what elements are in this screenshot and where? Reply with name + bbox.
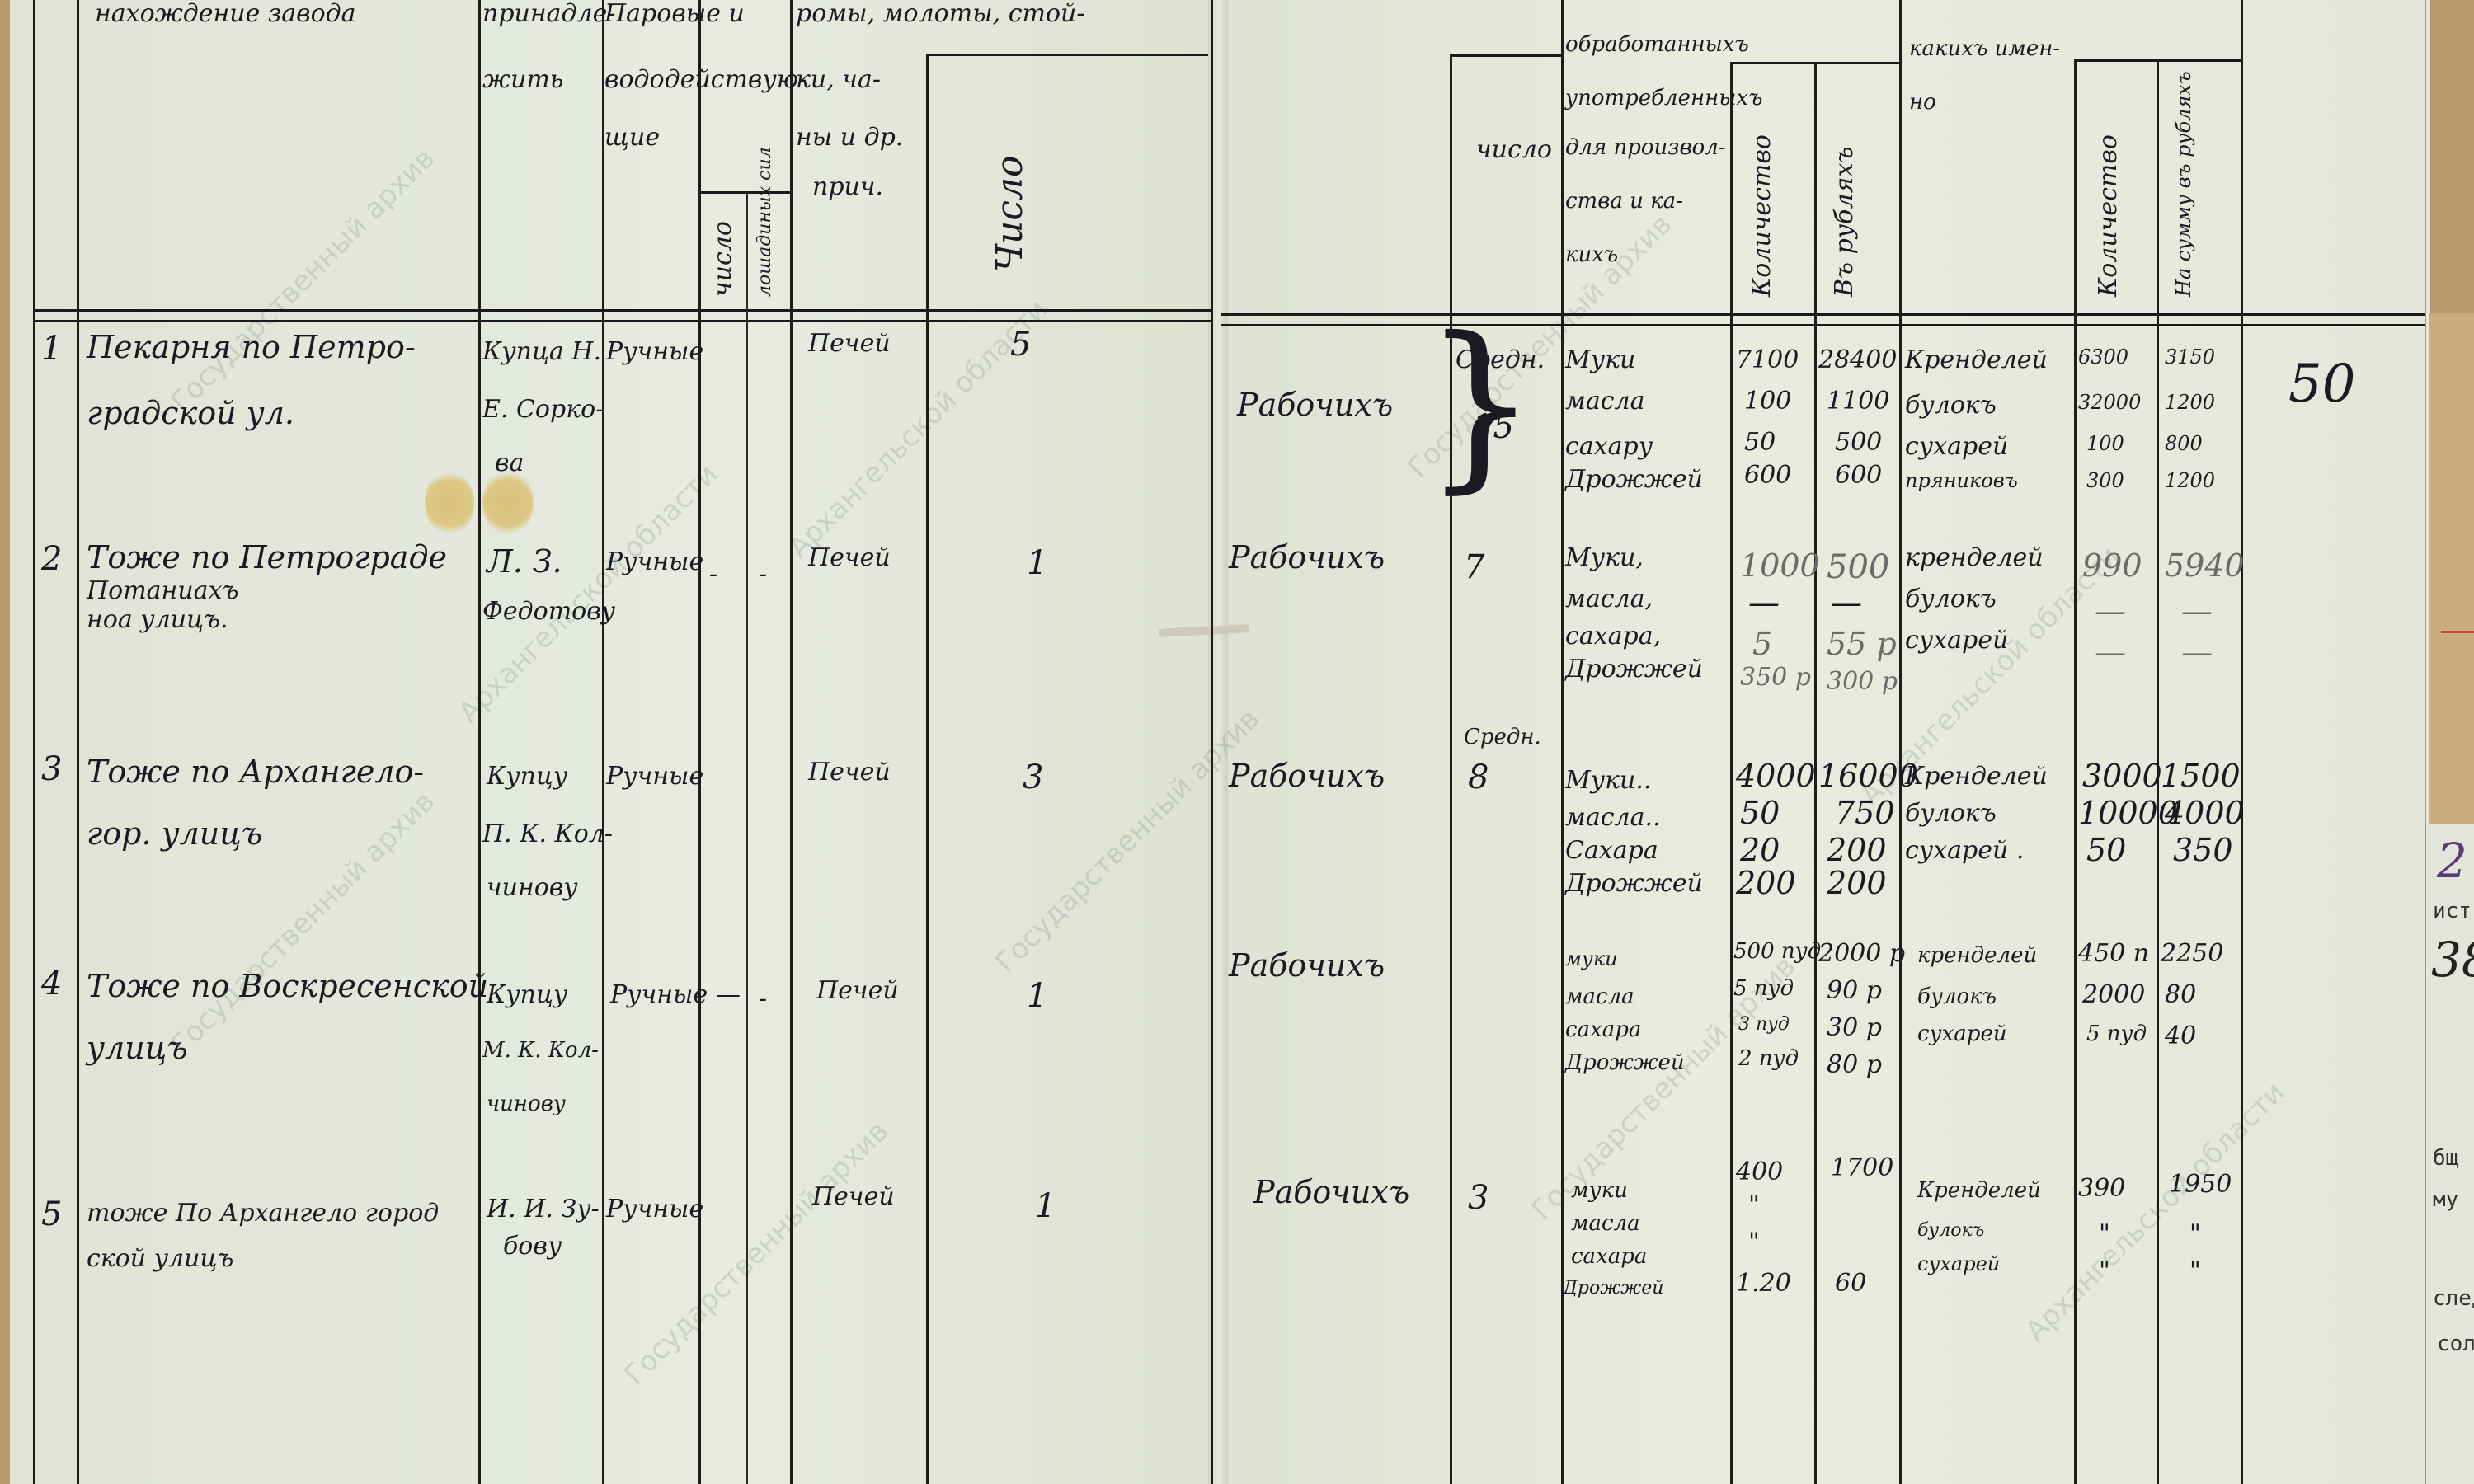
row-product-rub: 800 — [2165, 433, 2203, 456]
row-material-rub: 750 — [1835, 796, 1895, 832]
side-strip-text: след — [2433, 1286, 2474, 1311]
row-product: кренделей — [1905, 544, 2044, 573]
row-owner: Купца Н. — [482, 338, 601, 367]
header-equipment-3: ны и др. — [796, 124, 903, 153]
row-material: Дрожжей — [1563, 1278, 1663, 1298]
header-equipment-2: ки, ча- — [796, 66, 881, 95]
row-product-qty: — — [2095, 635, 2126, 671]
row-product-qty: 990 — [2082, 548, 2142, 585]
row-location: градской ул. — [87, 396, 294, 432]
column-rule — [478, 0, 481, 1484]
row-material-rub: 80 р — [1827, 1051, 1882, 1080]
row-product: булокъ — [1905, 392, 1997, 420]
row-material-qty: " — [1748, 1191, 1760, 1220]
row-product: булокъ — [1917, 1220, 1984, 1241]
row-material-rub: 60 — [1835, 1270, 1866, 1298]
red-margin-line — [2441, 631, 2474, 633]
row-extra-value: 50 — [2288, 355, 2355, 416]
row-product: Кренделей — [1905, 346, 2048, 375]
row-number: 2 — [41, 540, 62, 578]
row-material-qty: 500 пуд — [1733, 940, 1821, 965]
row-number: 3 — [41, 750, 62, 788]
row-location: улицъ — [87, 1031, 188, 1067]
row-engine-hp: - — [759, 985, 767, 1014]
row-product-qty: — — [2095, 594, 2126, 630]
row-material: Дрожжей — [1565, 1051, 1685, 1076]
row-product: сухарей — [1905, 433, 2008, 462]
row-location: Потаниахъ — [87, 577, 238, 606]
row-equipment-count: 1 — [1027, 544, 1047, 582]
row-engine-num: - — [709, 561, 717, 589]
curly-brace: } — [1423, 313, 1538, 495]
column-rule — [2241, 0, 2243, 1484]
row-product-qty: " — [2099, 1220, 2110, 1249]
row-product: Кренделей — [1905, 763, 2048, 791]
row-workers: 15 — [1472, 408, 1514, 446]
column-rule — [2074, 59, 2077, 1484]
row-owner: ва — [495, 449, 524, 478]
row-material-qty: 3 пуд — [1738, 1014, 1790, 1035]
header-engines-hp: лошадиных сил — [755, 147, 775, 297]
row-product-rub: 2250 — [2161, 940, 2223, 969]
row-material: масла — [1565, 985, 1634, 1010]
row-material: Муки, — [1565, 544, 1644, 573]
header-workers-count: число — [1476, 136, 1552, 165]
row-product-rub: 1200 — [2165, 392, 2215, 415]
row-engine-num: — — [716, 981, 741, 1010]
row-number: 4 — [41, 965, 62, 1003]
header-rule — [1221, 313, 2425, 316]
header-owner-1: принадле- — [482, 0, 616, 29]
row-product-rub: 4000 — [2165, 796, 2245, 832]
row-workers-label: Рабочихъ — [1253, 1175, 1409, 1211]
row-owner: чинову — [487, 1092, 566, 1117]
header-materials-3: для произвол- — [1565, 136, 1726, 161]
row-material: Дрожжей — [1565, 870, 1703, 899]
column-rule — [33, 0, 35, 1484]
row-material-qty: 1000 — [1740, 548, 1820, 585]
row-material-qty: 50 — [1744, 429, 1776, 458]
row-engine: Ручные — [606, 1195, 703, 1224]
row-location: ской улицъ — [87, 1245, 233, 1274]
side-strip-text: ист — [2433, 899, 2472, 923]
side-strip-number: 38 — [2431, 932, 2474, 988]
row-product-rub: 1950 — [2169, 1171, 2232, 1200]
row-material: Муки.. — [1565, 767, 1651, 796]
column-rule — [602, 0, 604, 1484]
row-product-qty: 6300 — [2078, 346, 2128, 369]
row-material: муки — [1571, 1179, 1628, 1204]
row-material-qty: 350 р — [1740, 664, 1811, 693]
row-equipment-count: 5 — [1010, 326, 1031, 364]
row-product: сухарей — [1917, 1253, 2000, 1276]
row-material-qty: 50 — [1740, 796, 1780, 832]
row-number: 5 — [41, 1195, 62, 1233]
row-material-rub: 500 — [1827, 548, 1889, 586]
side-strip-stamp: 2 — [2437, 833, 2467, 889]
row-material-rub: 30 р — [1827, 1014, 1882, 1043]
row-workers: 8 — [1468, 758, 1489, 796]
row-workers-label: Рабочихъ — [1237, 387, 1393, 424]
header-location: нахождение завода — [95, 0, 356, 29]
row-material-rub: 600 — [1835, 462, 1882, 491]
header-products-1: какихъ имен- — [1909, 37, 2060, 62]
row-location: Пекарня по Петро- — [87, 330, 416, 366]
row-product-qty: 2000 — [2082, 981, 2145, 1010]
row-material-rub: 2000 р — [1818, 940, 1905, 969]
header-engines-1: Паровые и — [604, 0, 745, 29]
right-page — [1218, 0, 2430, 1484]
row-product-rub: 3150 — [2165, 346, 2215, 369]
row-material-qty: " — [1748, 1228, 1760, 1257]
header-owner-2: жить — [482, 66, 563, 95]
row-material-rub: 90 р — [1827, 977, 1882, 1006]
column-rule — [746, 194, 748, 1484]
row-product-qty: 450 п — [2078, 940, 2149, 969]
column-rule — [1561, 0, 1564, 1484]
row-material-qty: — — [1748, 585, 1780, 622]
column-rule — [1899, 0, 1902, 1484]
row-material: сахара — [1571, 1245, 1647, 1270]
row-material: сахара — [1565, 1018, 1641, 1043]
row-owner: И. И. Зу- — [487, 1195, 600, 1224]
row-product: пряниковъ — [1905, 470, 2018, 493]
row-product-rub: " — [2189, 1257, 2201, 1286]
row-workers-label: Рабочихъ — [1229, 540, 1385, 576]
row-location: тоже По Архангело город — [87, 1200, 439, 1228]
header-materials-4: ства и ка- — [1565, 190, 1683, 214]
row-material-rub: 28400 — [1818, 346, 1897, 375]
row-material: сахару — [1565, 433, 1653, 462]
row-product-qty: 10000 — [2078, 796, 2178, 832]
row-product-rub: — — [2181, 594, 2213, 630]
row-product-qty: 300 — [2086, 470, 2124, 493]
row-material: Дрожжей — [1565, 466, 1703, 495]
row-product: сухарей — [1905, 627, 2008, 655]
header-rule — [33, 320, 1212, 322]
header-materials-2: употребленныхъ — [1565, 87, 1762, 111]
header-materials-qty: Количество — [1748, 134, 1777, 297]
header-rule — [1221, 324, 2425, 326]
row-engine: Ручные — [606, 548, 703, 577]
page-edge — [2425, 0, 2426, 1484]
row-owner: П. К. Кол- — [482, 820, 613, 849]
column-rule — [698, 0, 701, 1484]
row-equipment: Печей — [816, 977, 899, 1006]
side-strip-text: сол — [2437, 1331, 2474, 1356]
row-material: Дрожжей — [1565, 655, 1703, 684]
row-equipment: Печей — [808, 544, 891, 573]
row-material-rub: 300 р — [1827, 668, 1898, 697]
row-equipment: Печей — [808, 330, 891, 359]
row-material: масла — [1571, 1212, 1640, 1237]
row-location: Тоже по Воскресенской — [87, 969, 488, 1005]
row-material-rub: — — [1831, 585, 1862, 622]
row-product-rub: — — [2181, 635, 2213, 671]
row-location: ноа улицъ. — [87, 606, 228, 635]
row-product-qty: " — [2099, 1257, 2110, 1286]
header-materials-1: обработанныхъ — [1565, 33, 1749, 58]
row-engine: Ручные — [610, 981, 708, 1010]
row-owner: чинову — [487, 874, 578, 903]
row-material: муки — [1565, 948, 1618, 971]
row-equipment-count: 1 — [1035, 1187, 1056, 1225]
header-engines-number: число — [709, 221, 738, 297]
column-rule — [77, 0, 79, 1484]
row-material-qty: 200 — [1736, 866, 1796, 902]
row-workers-label: Рабочихъ — [1229, 758, 1385, 795]
header-products-rub: На сумму въ рубляхъ — [2173, 71, 2196, 297]
row-material-qty: 7100 — [1736, 346, 1799, 375]
row-material-rub: 200 — [1827, 833, 1887, 869]
row-equipment: Печей — [808, 758, 891, 787]
row-material-rub: 1700 — [1831, 1154, 1893, 1183]
row-material-qty: 20 — [1740, 833, 1780, 869]
header-materials-rub: Въ рубляхъ — [1831, 147, 1860, 297]
header-engines-2: вододействую- — [604, 66, 807, 95]
row-material: масла, — [1565, 585, 1653, 614]
row-owner: Е. Сорко- — [482, 396, 604, 425]
row-product: сухарей . — [1905, 837, 2024, 866]
row-product-rub: " — [2189, 1220, 2201, 1249]
row-product-qty: 3000 — [2082, 758, 2162, 795]
row-workers: 3 — [1468, 1179, 1489, 1217]
subheader-rule — [928, 54, 1208, 56]
row-material-rub: 55 р — [1827, 627, 1897, 663]
row-material: Муки — [1565, 346, 1635, 375]
row-product: Кренделей — [1917, 1179, 2041, 1204]
header-rule — [33, 309, 1212, 312]
column-rule — [790, 0, 793, 1484]
row-owner: М. К. Кол- — [482, 1039, 599, 1064]
row-material-qty: 600 — [1744, 462, 1791, 491]
side-strip-text: бщ — [2433, 1146, 2458, 1171]
row-product: кренделей — [1917, 944, 2037, 969]
header-materials-5: кихъ — [1565, 243, 1618, 268]
row-product: булокъ — [1905, 585, 1997, 614]
row-workers: Средн. — [1456, 346, 1545, 375]
row-product-qty: 5 пуд — [2086, 1022, 2147, 1047]
row-material: масла.. — [1565, 804, 1661, 833]
row-material: масла — [1565, 387, 1645, 416]
row-owner: бову — [503, 1233, 562, 1261]
row-product-rub: 80 — [2165, 981, 2196, 1010]
row-equipment: Печей — [812, 1183, 895, 1212]
row-material-rub: 16000 — [1818, 758, 1918, 795]
row-product-qty: 32000 — [2078, 392, 2141, 415]
row-product-qty: 100 — [2086, 433, 2124, 456]
column-rule — [926, 54, 929, 1484]
row-workers-label: Рабочихъ — [1229, 948, 1385, 984]
paper-stain — [482, 470, 534, 536]
row-product: булокъ — [1917, 985, 1997, 1010]
row-material-rub: 1100 — [1827, 387, 1889, 416]
row-material: Сахара — [1565, 837, 1658, 866]
row-material-qty: 4000 — [1736, 758, 1816, 795]
header-equipment-count: Число — [990, 156, 1032, 273]
row-location: гор. улицъ — [87, 816, 262, 852]
row-material-qty: 100 — [1744, 387, 1791, 416]
column-rule — [1450, 54, 1452, 1484]
row-product: булокъ — [1905, 800, 1997, 829]
row-equipment-count: 3 — [1023, 758, 1043, 796]
row-material-qty: 5 — [1752, 627, 1772, 663]
row-material-rub: 200 — [1827, 866, 1887, 902]
row-owner: Купцу — [487, 763, 567, 791]
row-owner: Л. З. — [487, 544, 562, 580]
subheader-rule — [1451, 54, 1563, 57]
column-rule — [1211, 0, 1213, 1484]
row-product-rub: 1200 — [2165, 470, 2215, 493]
header-products-2: но — [1909, 91, 1936, 115]
underlying-folder — [2429, 313, 2474, 824]
row-product-rub: 5940 — [2165, 548, 2245, 585]
header-equipment-4: прич. — [812, 173, 883, 202]
row-workers: Средн. — [1464, 726, 1541, 750]
row-engine: Ручные — [606, 763, 703, 791]
header-equipment-1: ромы, молоты, стой- — [796, 0, 1084, 29]
row-material-qty: 400 — [1736, 1158, 1783, 1187]
row-owner: Купцу — [487, 981, 567, 1010]
row-material-qty: 1.20 — [1736, 1270, 1791, 1298]
paper-stain — [425, 470, 474, 536]
row-material: сахара, — [1565, 622, 1661, 651]
side-strip-text: му — [2433, 1187, 2458, 1212]
row-location: Тоже по Петрограде — [87, 540, 447, 576]
row-engine-hp: - — [759, 561, 767, 589]
row-equipment-count: 1 — [1027, 977, 1047, 1015]
row-product: сухарей — [1917, 1022, 2007, 1047]
row-engine: Ручные — [606, 338, 703, 367]
row-material-qty: 2 пуд — [1738, 1047, 1799, 1072]
row-product-rub: 350 — [2173, 833, 2233, 869]
row-product-qty: 390 — [2078, 1175, 2125, 1204]
header-products-qty: Количество — [2095, 134, 2124, 297]
row-product-rub: 1500 — [2161, 758, 2241, 795]
row-product-qty: 50 — [2086, 833, 2126, 869]
header-engines-3: щие — [604, 124, 660, 153]
row-workers: 7 — [1464, 548, 1484, 586]
row-product-rub: 40 — [2165, 1022, 2196, 1051]
row-number: 1 — [41, 330, 62, 368]
row-material-qty: 5 пуд — [1733, 977, 1794, 1002]
row-material-rub: 500 — [1835, 429, 1882, 458]
column-rule — [1730, 62, 1733, 1484]
row-owner: Федотову — [482, 598, 615, 627]
row-location: Тоже по Архангело- — [87, 754, 424, 791]
